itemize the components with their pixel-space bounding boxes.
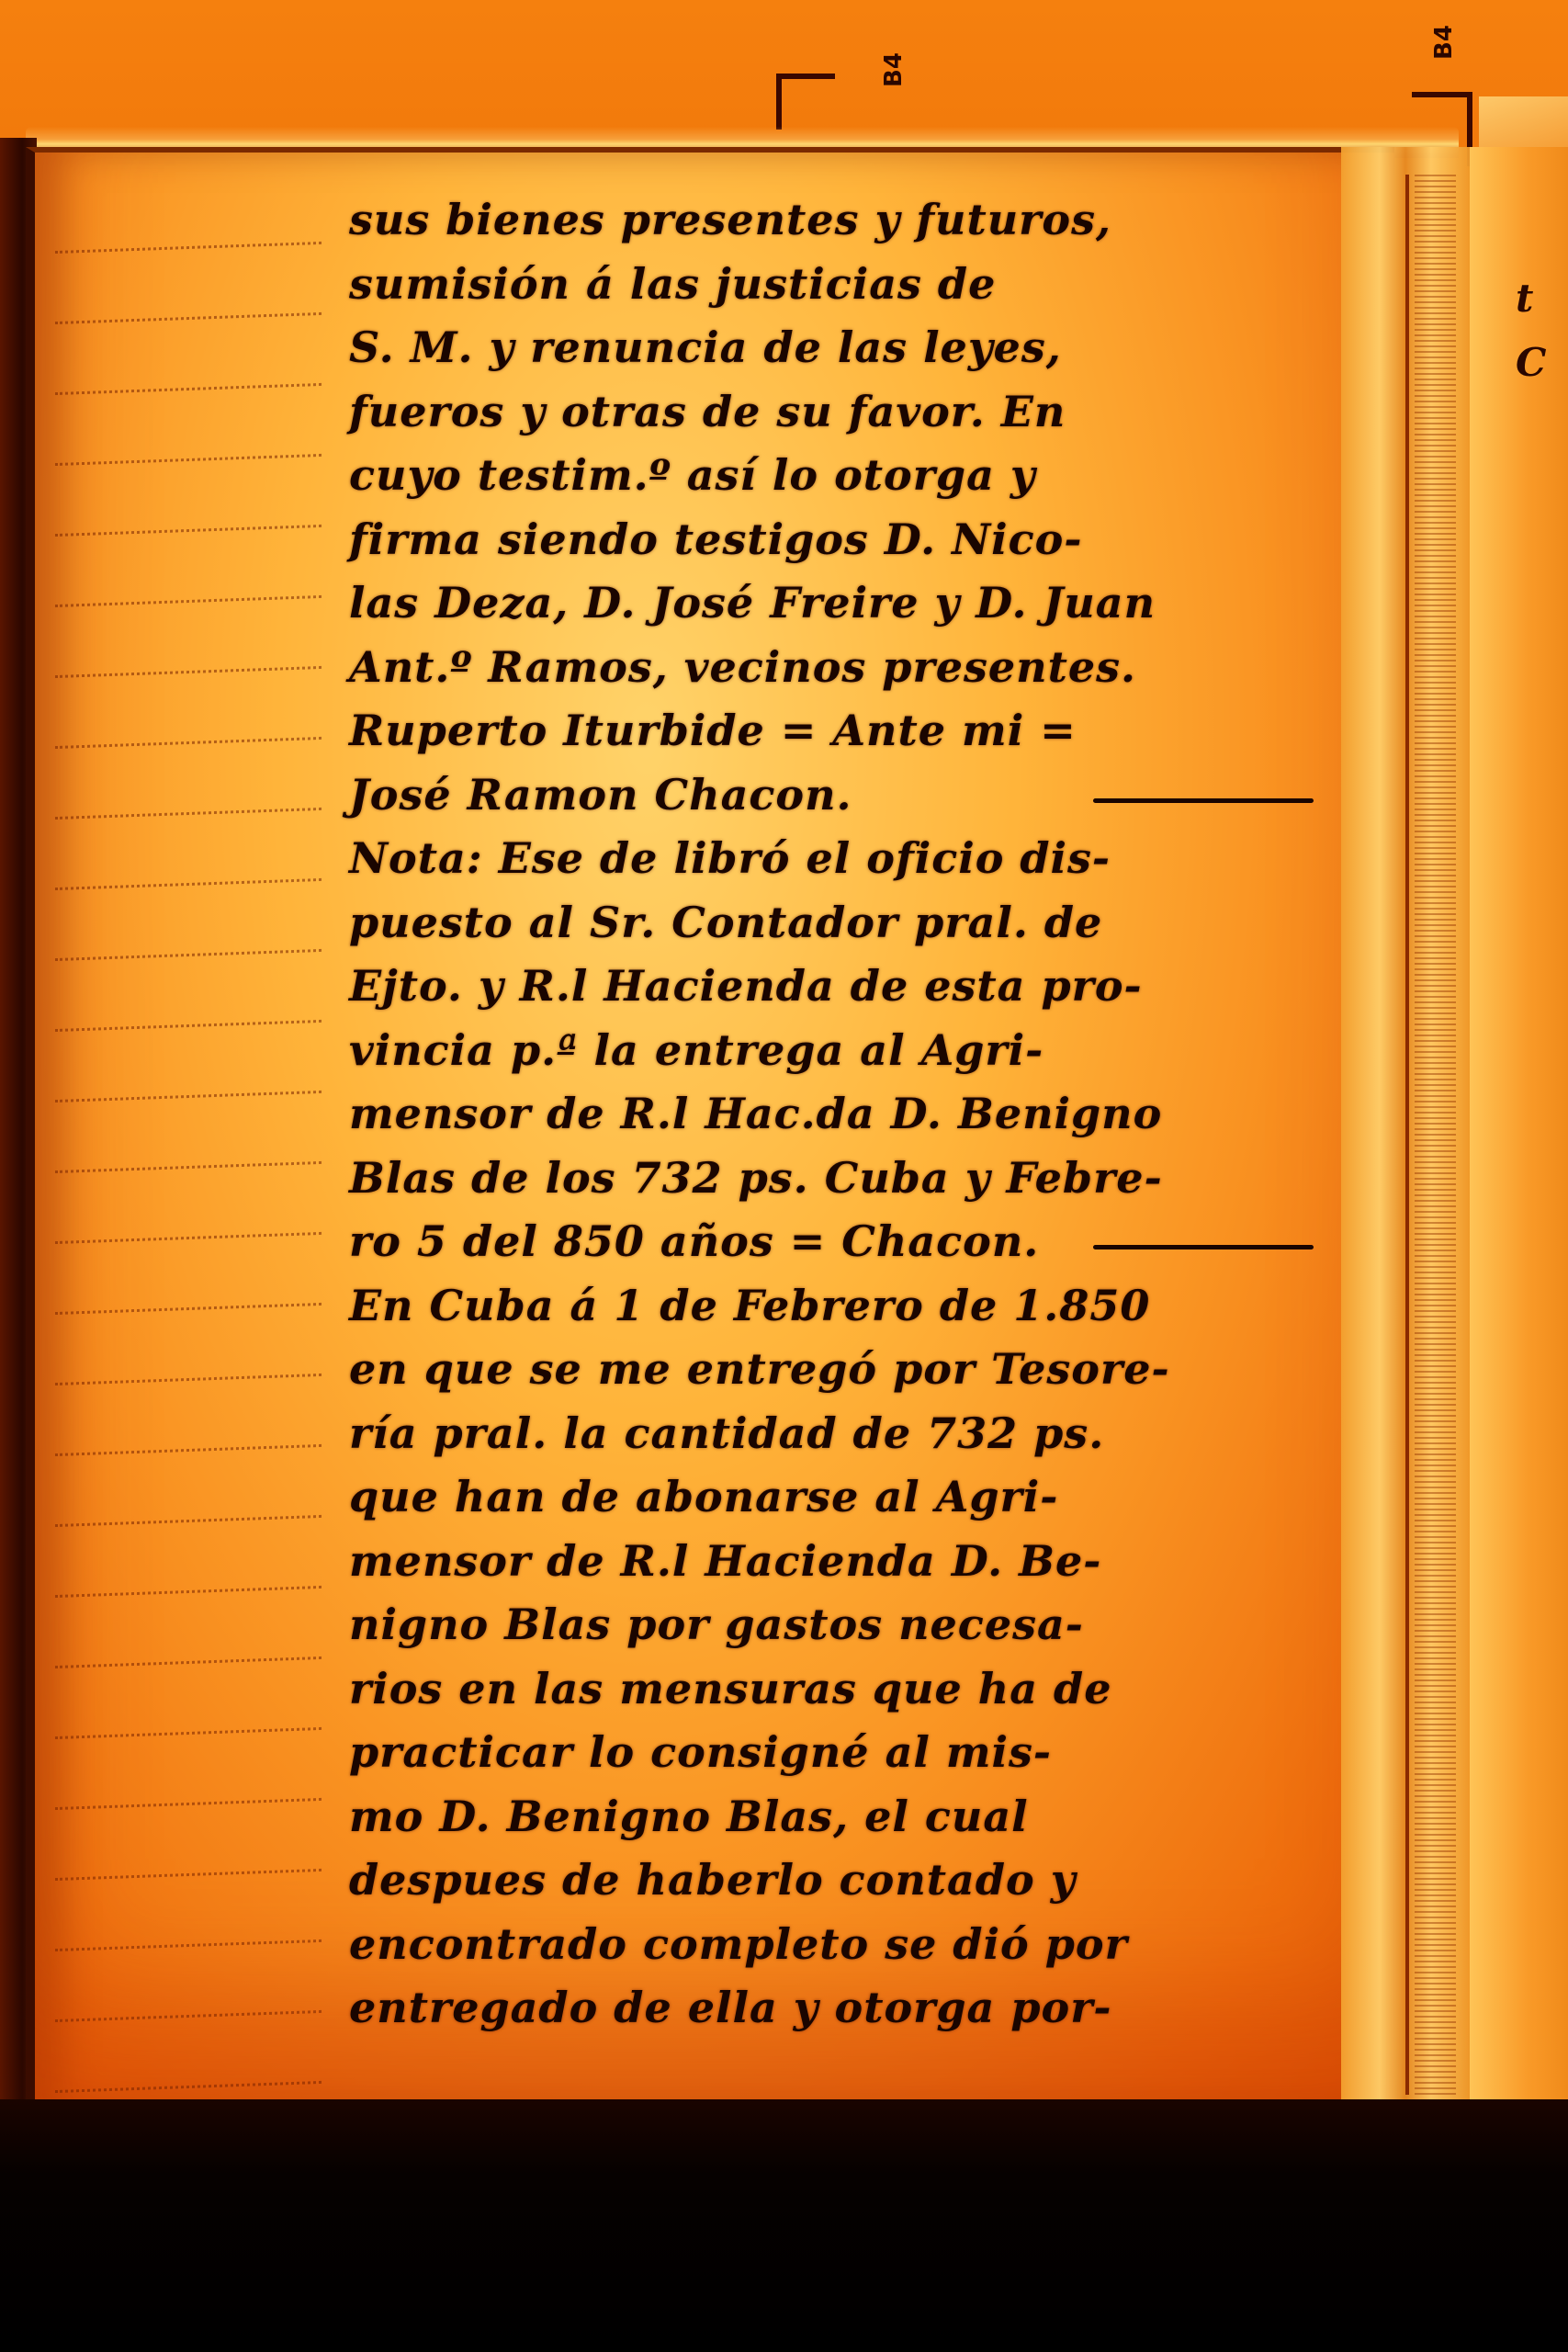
text-line: ría pral. la cantidad de 732 ps.: [349, 1402, 1323, 1466]
text-line: Ruperto Iturbide = Ante mi =: [349, 699, 1323, 763]
text-line: fueros y otras de su favor. En: [349, 380, 1323, 445]
text-line: sus bienes presentes y futuros,: [349, 188, 1323, 253]
spine-stitch: [1405, 175, 1409, 2095]
text-line: mensor de R.l Hac.da D. Benigno: [349, 1082, 1323, 1147]
text-line: Nota: Ese de libró el oficio dis-: [349, 827, 1323, 891]
text-line: Ant.º Ramos, vecinos presentes.: [349, 636, 1323, 700]
text-line: mensor de R.l Hacienda D. Be-: [349, 1530, 1323, 1594]
b4-bracket-center: [776, 73, 835, 130]
text-line: puesto al Sr. Contador pral. de: [349, 891, 1323, 955]
text-line: mo D. Benigno Blas, el cual: [349, 1785, 1323, 1849]
text-line: despues de haberlo contado y: [349, 1849, 1323, 1913]
facing-text-fragment: C: [1516, 331, 1568, 395]
text-line: S. M. y renuncia de las leyes,: [349, 316, 1323, 380]
text-line: sumisión á las justicias de: [349, 253, 1323, 317]
text-line: encontrado completo se dió por: [349, 1913, 1323, 1977]
text-line: Blas de los 732 ps. Cuba y Febre-: [349, 1147, 1323, 1211]
facing-text-fragment: t: [1516, 266, 1568, 331]
text-line: nigno Blas por gastos necesa-: [349, 1593, 1323, 1657]
text-line: en que se me entregó por Tesore-: [349, 1338, 1323, 1402]
text-line-signature: José Ramon Chacon.: [349, 763, 1323, 828]
text-line: Ejto. y R.l Hacienda de esta pro-: [349, 955, 1323, 1019]
b4-label: B4: [880, 52, 908, 87]
text-line: firma siendo testigos D. Nico-: [349, 508, 1323, 572]
facing-page: [1470, 147, 1568, 2104]
text-line: rios en las mensuras que ha de: [349, 1657, 1323, 1722]
text-line: que han de abonarse al Agri-: [349, 1465, 1323, 1530]
text-line: En Cuba á 1 de Febrero de 1.850: [349, 1274, 1323, 1339]
text-line: cuyo testim.º así lo otorga y: [349, 444, 1323, 508]
dark-table-surface: [0, 2099, 1568, 2352]
text-line: entregado de ella y otorga por-: [349, 1976, 1323, 2041]
bleed-through-text: [55, 184, 321, 2021]
manuscript-text: sus bienes presentes y futuros, sumisión…: [349, 188, 1323, 2041]
text-line: las Deza, D. José Freire y D. Juan: [349, 571, 1323, 636]
b4-label: B4: [1430, 25, 1458, 60]
text-line-signature: ro 5 del 850 años = Chacon.: [349, 1210, 1323, 1274]
facing-page-text: t C: [1516, 266, 1568, 394]
facing-page-corner: [1479, 96, 1568, 147]
spine-thread-texture: [1415, 175, 1456, 2095]
text-line: vincia p.ª la entrega al Agri-: [349, 1019, 1323, 1083]
text-line: practicar lo consigné al mis-: [349, 1721, 1323, 1785]
